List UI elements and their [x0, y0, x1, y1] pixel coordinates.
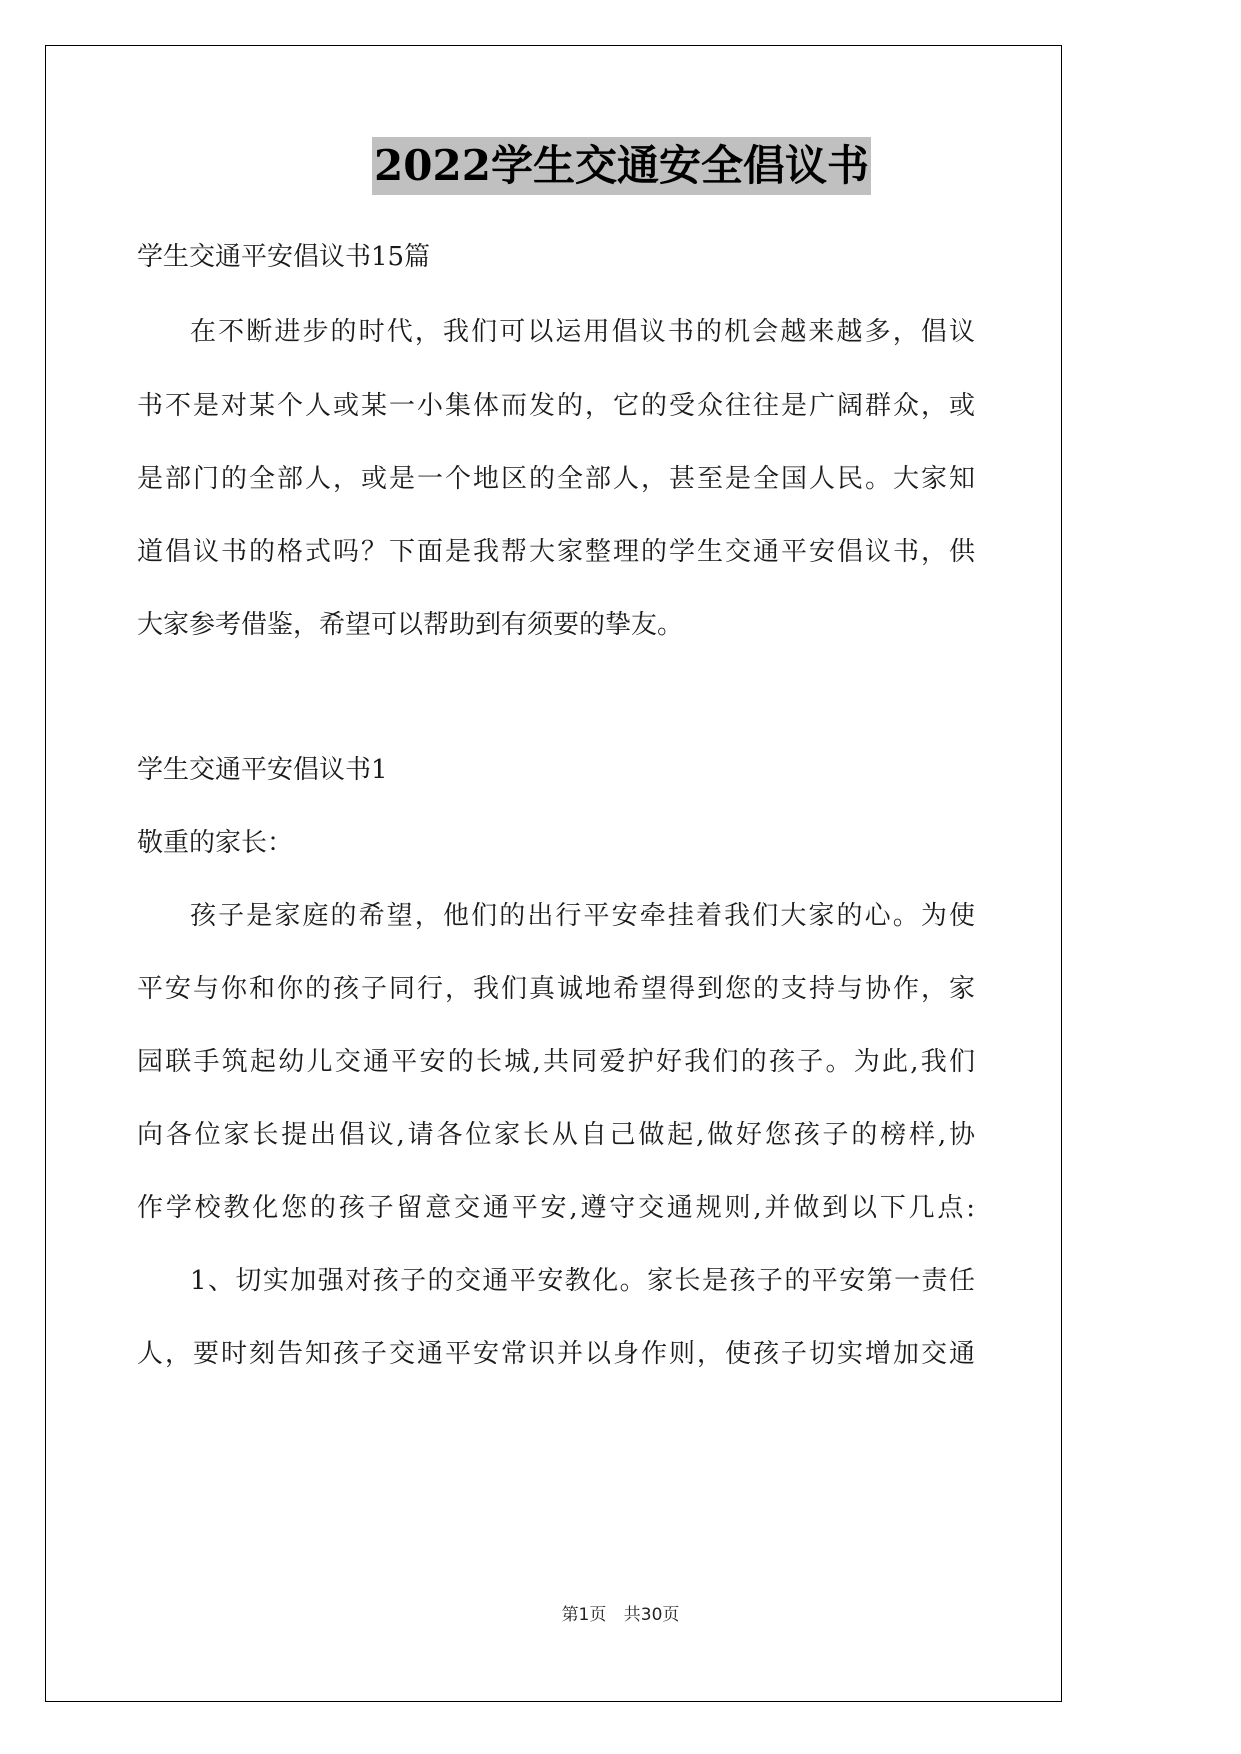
current-page-label: 第1页 — [562, 1605, 607, 1625]
salutation: 敬重的家长： — [137, 826, 975, 860]
body-paragraph-line: 园联手筑起幼儿交通平安的长城,共同爱护好我们的孩子。为此,我们 — [137, 1045, 975, 1079]
intro-paragraph-line: 在不断进步的时代，我们可以运用倡议书的机会越来越多，倡议 — [190, 315, 975, 349]
body-paragraph-line: 孩子是家庭的希望，他们的出行平安牵挂着我们大家的心。为使 — [190, 899, 975, 933]
page-border — [45, 45, 1062, 1702]
body-paragraph-line: 向各位家长提出倡议,请各位家长从自己做起,做好您孩子的榜样,协 — [137, 1118, 975, 1152]
body-paragraph-line: 作学校教化您的孩子留意交通平安,遵守交通规则,并做到以下几点: — [137, 1191, 975, 1225]
intro-paragraph-line: 是部门的全部人，或是一个地区的全部人，甚至是全国人民。大家知 — [137, 462, 975, 496]
title-container: 2022学生交通安全倡议书 — [0, 137, 1241, 195]
intro-paragraph-line: 书不是对某个人或某一小集体而发的，它的受众往往是广阔群众，或 — [137, 389, 975, 423]
page-footer: 第1页 共30页 — [0, 1603, 1241, 1627]
list-item-line: 1、切实加强对孩子的交通平安教化。家长是孩子的平安第一责任 — [190, 1264, 975, 1298]
intro-paragraph-line: 大家参考借鉴，希望可以帮助到有须要的挚友。 — [137, 608, 975, 642]
total-pages-label: 共30页 — [624, 1605, 680, 1625]
section-heading: 学生交通平安倡议书1 — [137, 753, 975, 787]
intro-paragraph-line: 道倡议书的格式吗？下面是我帮大家整理的学生交通平安倡议书，供 — [137, 535, 975, 569]
body-paragraph-line: 平安与你和你的孩子同行，我们真诚地希望得到您的支持与协作，家 — [137, 972, 975, 1006]
document-subtitle: 学生交通平安倡议书15篇 — [137, 240, 975, 274]
list-item-line: 人，要时刻告知孩子交通平安常识并以身作则，使孩子切实增加交通 — [137, 1337, 975, 1371]
document-title: 2022学生交通安全倡议书 — [372, 137, 871, 195]
